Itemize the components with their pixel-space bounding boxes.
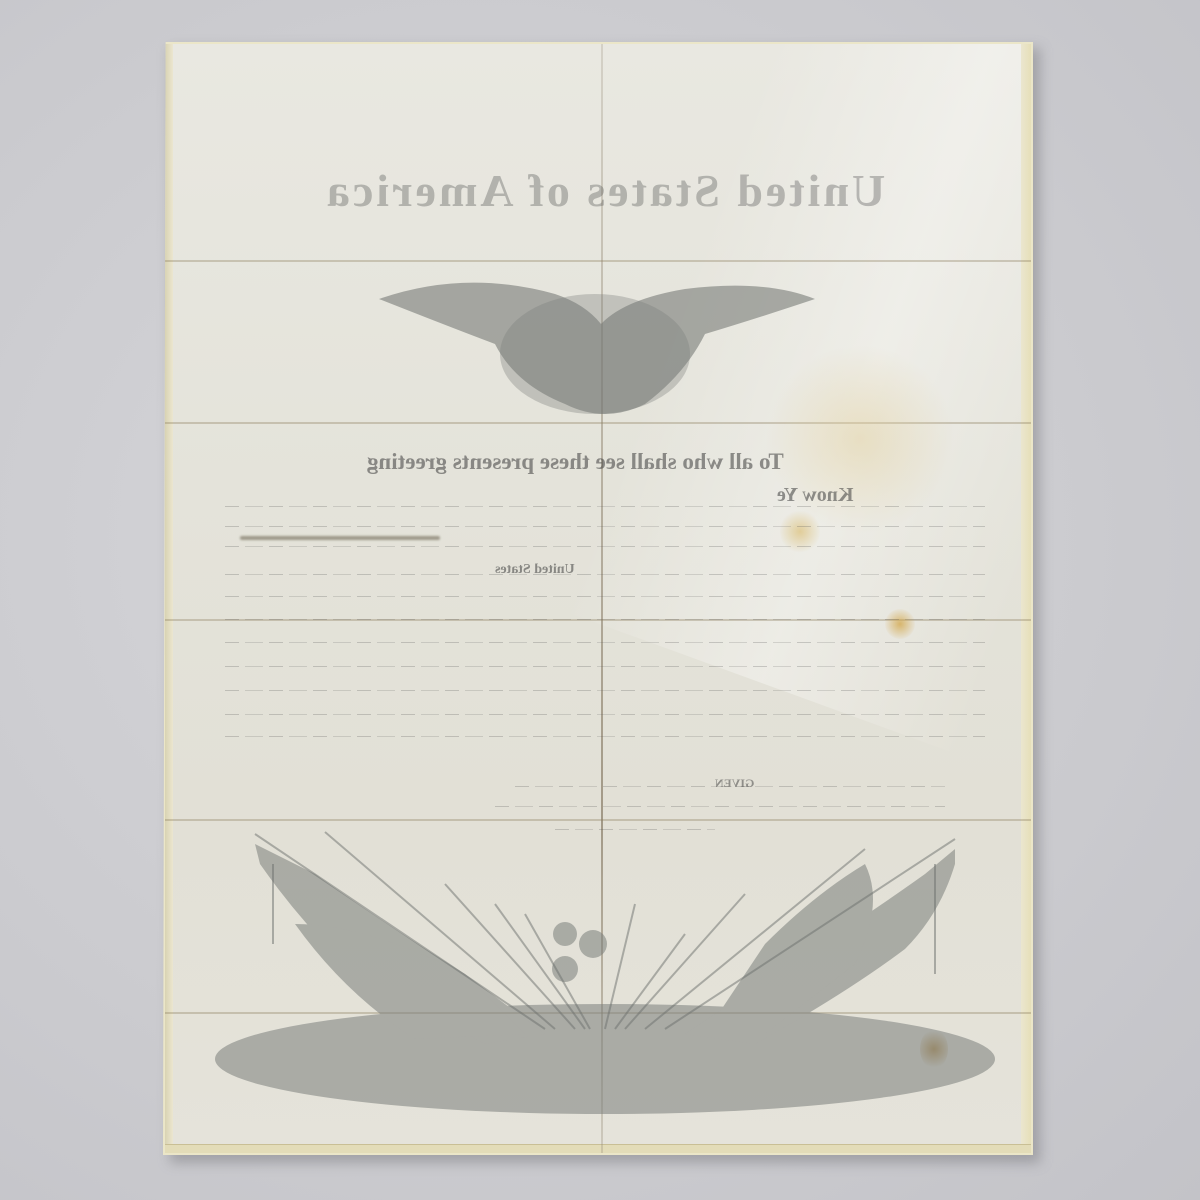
- document-paper: United States of America To all who shal…: [163, 42, 1033, 1155]
- military-trophy-flags-icon: [165, 44, 1033, 1155]
